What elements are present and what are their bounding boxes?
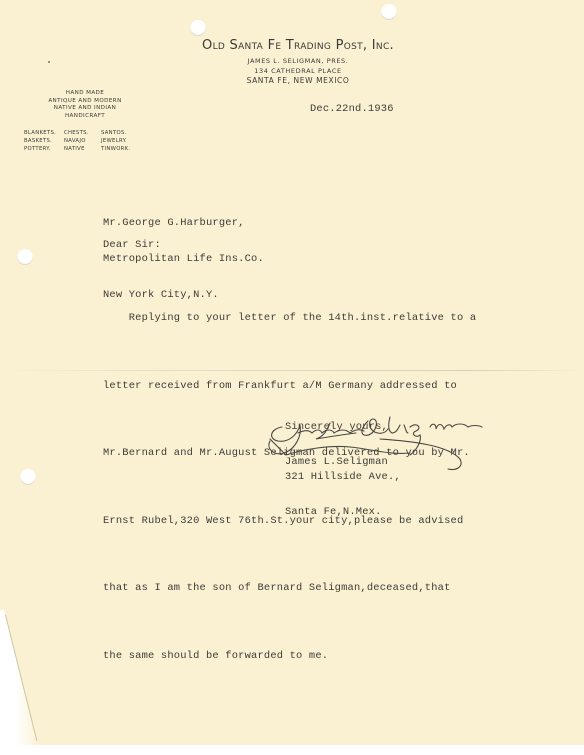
punch-hole xyxy=(190,20,206,36)
company-city: SANTA FE, NEW MEXICO xyxy=(168,76,428,85)
letterhead: Old Santa Fe Trading Post, Inc. JAMES L.… xyxy=(168,38,428,85)
letter-date: Dec.22nd.1936 xyxy=(310,103,394,115)
punch-hole xyxy=(20,469,36,485)
goods-item: JEWELRY. xyxy=(101,137,141,145)
tagline-line: HAND MADE xyxy=(20,90,150,98)
body-line: the same should be forwarded to me. xyxy=(103,645,476,668)
goods-item: NATIVE xyxy=(64,145,99,153)
tagline-line: ANTIQUE AND MODERN xyxy=(20,98,150,106)
sender-address-line: 321 Hillside Ave., xyxy=(285,472,401,484)
company-president: JAMES L. SELIGMAN, PRES. xyxy=(168,56,428,66)
goods-item: POTTERY. xyxy=(24,145,62,153)
goods-item: TINWORK. xyxy=(101,145,141,153)
salutation: Dear Sir: xyxy=(103,239,161,251)
goods-item: NAVAJO xyxy=(64,137,99,145)
goods-item: BLANKETS. xyxy=(24,129,62,137)
goods-item: CHESTS. xyxy=(64,129,99,137)
recipient-line: Mr.George G.Harburger, xyxy=(103,217,264,229)
body-line: letter received from Frankfurt a/M Germa… xyxy=(103,375,476,398)
paper-speck xyxy=(48,61,50,63)
body-line: that as I am the son of Bernard Seligman… xyxy=(103,577,476,600)
company-street: 134 CATHEDRAL PLACE xyxy=(168,66,428,76)
tagline-line: HANDICRAFT xyxy=(20,113,150,121)
goods-list: BLANKETS. CHESTS. SANTOS. BASKETS. NAVAJ… xyxy=(24,129,144,153)
goods-item: SANTOS. xyxy=(101,129,141,137)
letterhead-tagline: HAND MADE ANTIQUE AND MODERN NATIVE AND … xyxy=(20,90,150,120)
body-line: Replying to your letter of the 14th.inst… xyxy=(103,307,476,330)
punch-hole xyxy=(17,249,33,265)
goods-item: BASKETS. xyxy=(24,137,62,145)
sender-address-line: Santa Fe,N.Mex. xyxy=(285,507,401,519)
tagline-line: NATIVE AND INDIAN xyxy=(20,105,150,113)
punch-hole xyxy=(381,4,397,20)
company-name: Old Santa Fe Trading Post, Inc. xyxy=(168,38,428,53)
sender-address: 321 Hillside Ave., Santa Fe,N.Mex. xyxy=(285,449,401,530)
scan-background xyxy=(0,745,584,755)
